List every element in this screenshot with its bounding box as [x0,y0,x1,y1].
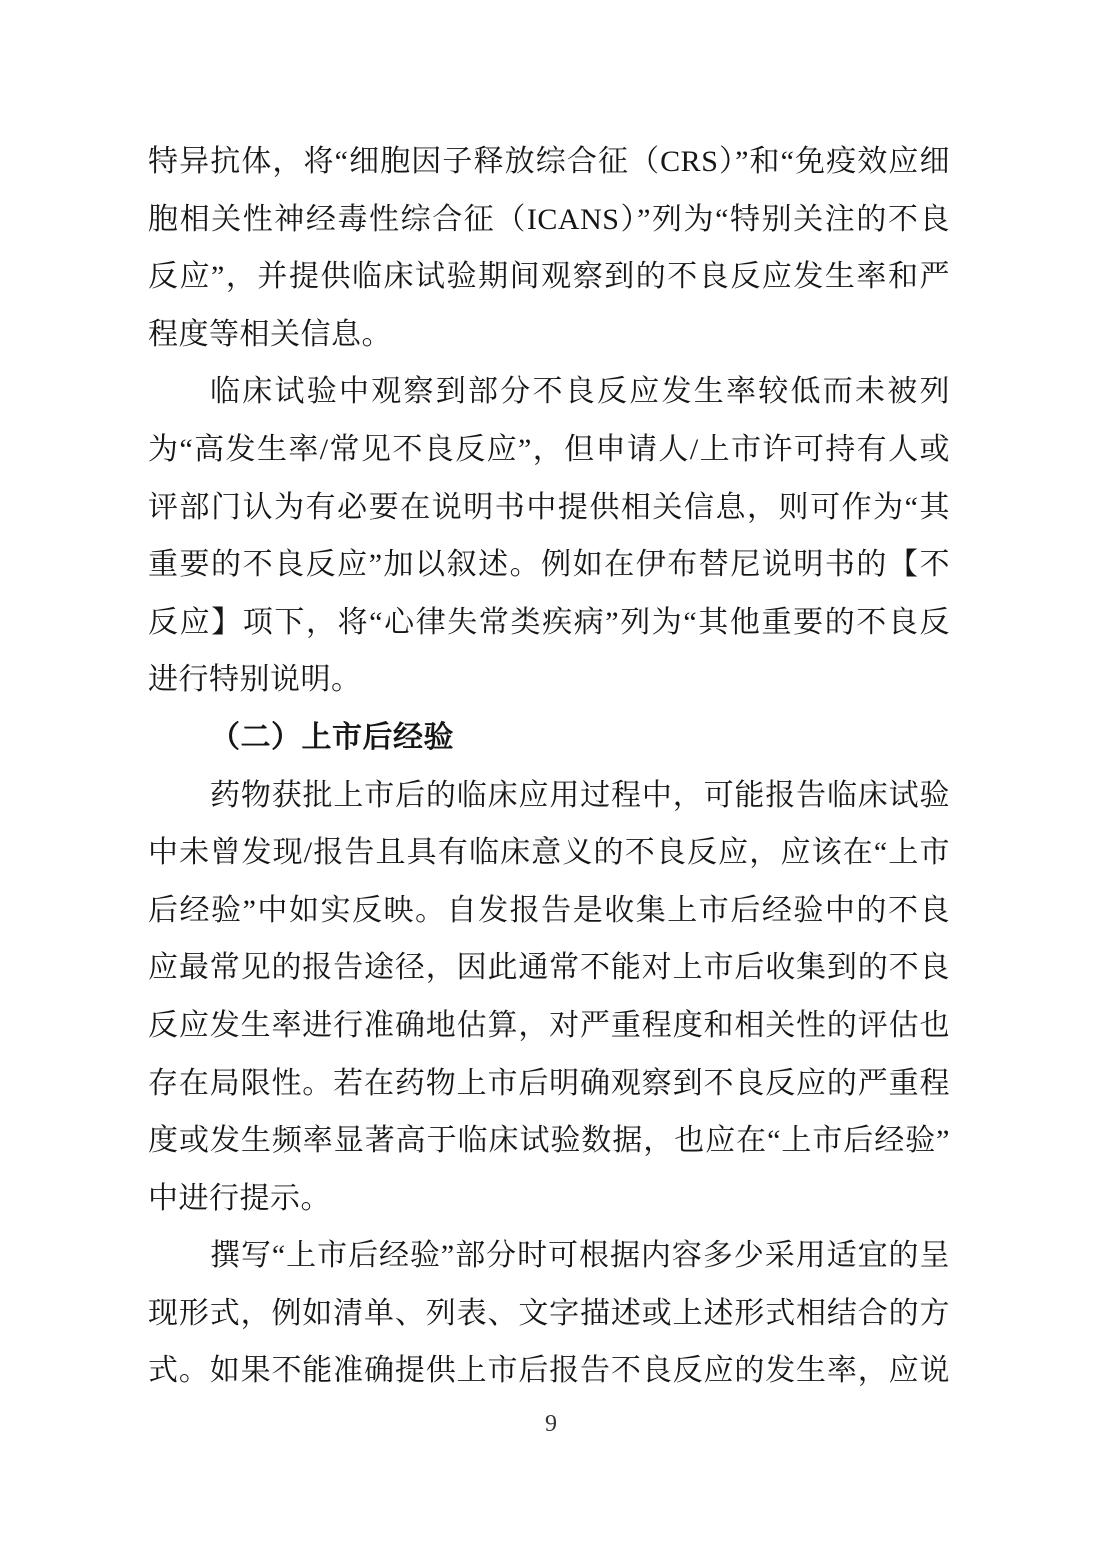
text-line: 撰写“上市后经验”部分时可根据内容多少采用适宜的呈 [148,1227,950,1285]
text-line: 现形式，例如清单、列表、文字描述或上述形式相结合的方 [148,1285,950,1343]
paragraph: 撰写“上市后经验”部分时可根据内容多少采用适宜的呈 现形式，例如清单、列表、文字… [148,1227,950,1400]
paragraph: 特异抗体，将“细胞因子释放综合征（CRS）”和“免疫效应细 胞相关性神经毒性综合… [148,133,950,363]
paragraph: 药物获批上市后的临床应用过程中，可能报告临床试验 中未曾发现/报告且具有临床意义… [148,767,950,1228]
text-line: 反应发生率进行准确地估算，对严重程度和相关性的评估也 [148,997,950,1055]
text-line: 中未曾发现/报告且具有临床意义的不良反应，应该在“上市 [148,824,950,882]
text-line: 程度等相关信息。 [148,306,950,364]
text-line: 药物获批上市后的临床应用过程中，可能报告临床试验 [148,767,950,825]
text-line: 应最常见的报告途径，因此通常不能对上市后收集到的不良 [148,939,950,997]
text-block: 特异抗体，将“细胞因子释放综合征（CRS）”和“免疫效应细 胞相关性神经毒性综合… [148,133,950,1400]
text-line: 为“高发生率/常见不良反应”，但申请人/上市许可持有人或审 [148,421,950,479]
text-line: 反应”，并提供临床试验期间观察到的不良反应发生率和严重 [148,248,950,306]
text-line: 特异抗体，将“细胞因子释放综合征（CRS）”和“免疫效应细 [148,133,950,191]
text-line: 评部门认为有必要在说明书中提供相关信息，则可作为“其他 [148,479,950,537]
page-number: 9 [0,1406,1102,1442]
document-page: 特异抗体，将“细胞因子释放综合征（CRS）”和“免疫效应细 胞相关性神经毒性综合… [0,0,1102,1559]
text-line: 临床试验中观察到部分不良反应发生率较低而未被列 [148,363,950,421]
text-line: 中进行提示。 [148,1170,950,1228]
text-line: 度或发生频率显著高于临床试验数据，也应在“上市后经验” [148,1112,950,1170]
text-line: 重要的不良反应”加以叙述。例如在伊布替尼说明书的【不良 [148,536,950,594]
paragraph: 临床试验中观察到部分不良反应发生率较低而未被列 为“高发生率/常见不良反应”，但… [148,363,950,709]
section-heading: （二）上市后经验 [148,709,950,767]
text-line: 后经验”中如实反映。自发报告是收集上市后经验中的不良反 [148,882,950,940]
text-line: 胞相关性神经毒性综合征（ICANS）”列为“特别关注的不良 [148,191,950,249]
text-line: 进行特别说明。 [148,651,950,709]
text-line: 反应】项下，将“心律失常类疾病”列为“其他重要的不良反应” [148,594,950,652]
text-line: 式。如果不能准确提供上市后报告不良反应的发生率，应说 [148,1342,950,1400]
text-line: 存在局限性。若在药物上市后明确观察到不良反应的严重程 [148,1055,950,1113]
